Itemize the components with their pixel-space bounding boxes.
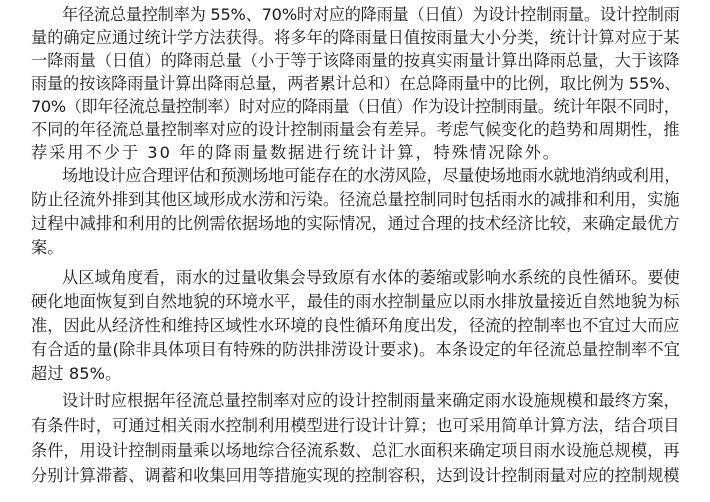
paragraph-3-line-5: 超过 85%。 — [31, 362, 121, 385]
paragraph-2-line-1: 场地设计应合理评估和预测场地可能存在的水涝风险，尽量使场地雨水就地消纳或利用， — [62, 164, 680, 187]
paragraph-1-line-7: 荐采用不少于 30 年的降雨量数据进行统计计算，特殊情况除外。 — [31, 141, 561, 164]
paragraph-1-line-1: 年径流总量控制率为 55%、70%时对应的降雨量（日值）为设计控制雨量。设计控制… — [62, 3, 680, 26]
paragraph-4-line-2: 有条件时，可通过相关雨水控制利用模型进行设计计算；也可采用简单计算方法，结合项目 — [31, 414, 680, 437]
paragraph-4-line-3: 条件，用设计控制雨量乘以场地综合径流系数、总汇水面积来确定项目雨水设施总规模，再 — [31, 439, 680, 462]
paragraph-2-line-4: 案。 — [31, 236, 64, 259]
paragraph-3-line-1: 从区域角度看，雨水的过量收集会导致原有水体的萎缩或影响水系统的良性循环。要使 — [62, 266, 680, 289]
paragraph-2-line-3: 过程中减排和利用的比例需依据场地的实际情况，通过合理的技术经济比较，来确定最优方 — [31, 212, 680, 235]
paragraph-1-line-4: 雨量的按该降雨量计算出降雨总量，两者累计总和）在总降雨量中的比例，取比例为 55… — [31, 72, 680, 95]
paragraph-2-line-2: 防止径流外排到其他区域形成水涝和污染。径流总量控制同时包括雨水的减排和利用，实施 — [31, 188, 680, 211]
paragraph-4-line-1: 设计时应根据年径流总量控制率对应的设计控制雨量来确定雨水设施规模和最终方案， — [62, 389, 680, 412]
paragraph-3-line-3: 准，因此从经济性和维持区域性水环境的良性循环角度出发，径流的控制率也不宜过大而应 — [31, 314, 680, 337]
paragraph-1-line-6: 不同的年径流总量控制率对应的设计控制雨量会有差异。考虑气候变化的趋势和周期性，推 — [31, 118, 680, 141]
paragraph-3-line-2: 硬化地面恢复到自然地貌的环境水平，最佳的雨水控制量应以雨水排放量接近自然地貌为标 — [31, 290, 680, 313]
paragraph-1-line-5: 70%（即年径流总量控制率）时对应的降雨量（日值）作为设计控制雨量。统计年限不同… — [31, 95, 680, 118]
paragraph-1-line-2: 量的确定应通过统计学方法获得。将多年的降雨量日值按雨量大小分类，统计计算对应于某 — [31, 26, 680, 49]
paragraph-4-line-4: 分别计算滞蓄、调蓄和收集回用等措施实现的控制容积，达到设计控制雨量对应的控制规模 — [31, 464, 680, 487]
paragraph-1-line-3: 一降雨量（日值）的降雨总量（小于等于该降雨量的按真实雨量计算出降雨总量，大于该降 — [31, 49, 680, 72]
document-page: 年径流总量控制率为 55%、70%时对应的降雨量（日值）为设计控制雨量。设计控制… — [0, 0, 710, 502]
paragraph-3-line-4: 有合适的量(除非具体项目有特殊的防洪排涝设计要求)。本条设定的年径流总量控制率不… — [31, 338, 680, 361]
